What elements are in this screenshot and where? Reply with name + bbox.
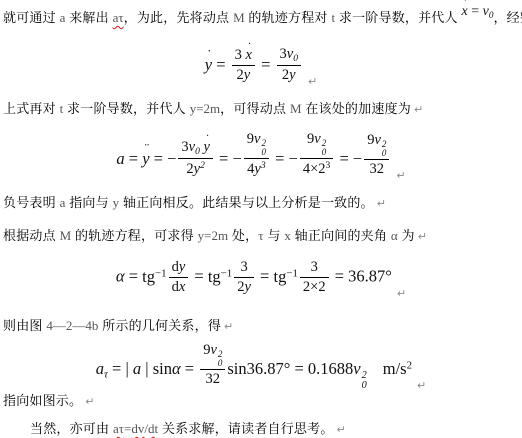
fraction-numerator: 3 x˙ bbox=[232, 47, 255, 66]
math-token: = bbox=[256, 267, 274, 286]
text-run: ，为此，先将动点 bbox=[124, 10, 233, 25]
text-run: 的轨迹方程对 bbox=[245, 10, 332, 25]
latin-run: M bbox=[290, 101, 302, 116]
math-token: d bbox=[172, 279, 179, 295]
math-token: = − bbox=[215, 149, 242, 168]
math-token: a bbox=[133, 359, 141, 378]
overdot: ˙ bbox=[463, 0, 467, 10]
sup-sub-stack: 20 bbox=[261, 139, 266, 157]
superscript: −1 bbox=[286, 267, 298, 279]
equation-ydot: y˙ = 3 x˙2y = 3v02y↵ bbox=[0, 46, 522, 88]
latin-run: aτ bbox=[113, 10, 124, 25]
fraction-denominator: 4×23 bbox=[300, 159, 333, 177]
fraction: 32×2 bbox=[300, 259, 329, 295]
superscript: 3 bbox=[326, 160, 331, 171]
math-token: y bbox=[244, 67, 250, 83]
math-token: = 36.87° bbox=[331, 267, 392, 286]
text-run: 求一阶导数，并代人 bbox=[335, 10, 461, 25]
math-token: 2 bbox=[186, 161, 193, 177]
superscript: 2 bbox=[200, 160, 205, 171]
fraction: 9v2032 bbox=[364, 132, 389, 178]
fraction-numerator: 3 bbox=[300, 259, 329, 278]
math-token: α bbox=[172, 359, 181, 378]
fraction-numerator: 9v20 bbox=[364, 132, 389, 160]
fraction-numerator: 3v0 bbox=[277, 46, 301, 66]
pilcrow-mark: ↵ bbox=[397, 287, 406, 300]
pilcrow-mark: ↵ bbox=[417, 379, 426, 392]
math-token: y¨ bbox=[142, 149, 149, 168]
math-token: = | bbox=[108, 359, 133, 378]
math-token: 3 bbox=[311, 259, 318, 275]
fraction-numerator: 3 bbox=[234, 259, 254, 278]
math-token: 4× bbox=[303, 161, 318, 177]
math-token: α bbox=[116, 267, 125, 286]
math-token: aτ bbox=[96, 359, 108, 378]
fraction: dydx bbox=[169, 259, 189, 295]
math-token: y bbox=[179, 259, 185, 275]
math-token: = bbox=[125, 149, 143, 168]
text-run: 指向与 bbox=[65, 195, 112, 210]
fraction-denominator: 2×2 bbox=[300, 278, 329, 296]
text-run: 上式再对 bbox=[3, 101, 60, 116]
paragraph-closing-remark: 当然，亦可由 aτ=dv/dt 关系求解，请读者自行思考。↵ bbox=[3, 418, 346, 437]
pilcrow-mark: ↵ bbox=[85, 395, 94, 408]
dotted-variable: y˙ bbox=[203, 139, 209, 156]
overdot: ¨ bbox=[144, 143, 149, 157]
math-token: y3 bbox=[254, 161, 265, 177]
pilcrow-mark: ↵ bbox=[377, 197, 386, 210]
math-token: 3 bbox=[181, 139, 188, 155]
text-run: 与 bbox=[264, 228, 285, 243]
math-token: = − bbox=[335, 149, 362, 168]
math-token: y bbox=[244, 279, 250, 295]
math-token: 3 bbox=[235, 47, 246, 63]
pilcrow-mark: ↵ bbox=[396, 169, 405, 182]
sup-sub-stack: 20 bbox=[382, 140, 387, 158]
latin-run: α bbox=[391, 228, 398, 243]
math-token: = − bbox=[150, 149, 177, 168]
equation-tangential-acceleration: aτ = | a | sinα = 9v2032sin36.87° = 0.16… bbox=[0, 342, 522, 392]
sup-sub-stack: 20 bbox=[322, 139, 327, 157]
sup-sub-stack: 20 bbox=[218, 350, 223, 368]
pilcrow-mark: ↵ bbox=[308, 75, 317, 88]
pilcrow-mark: ↵ bbox=[224, 320, 233, 333]
text-run: 指向如图示。 bbox=[3, 393, 82, 408]
math-token: sin36.87° = 0.1688 bbox=[227, 359, 353, 378]
latin-run: y=2m bbox=[198, 228, 228, 243]
fraction-denominator: 32 bbox=[364, 160, 389, 178]
fraction: 9v204×23 bbox=[300, 131, 333, 178]
dotted-variable: y˙ bbox=[205, 56, 212, 74]
math-token: 3 bbox=[240, 259, 247, 275]
text-run: 根据动点 bbox=[3, 228, 60, 243]
text-run: 就可通过 bbox=[3, 10, 60, 25]
text-run: ，经整理得 bbox=[493, 10, 522, 25]
math-token: y2 bbox=[194, 161, 205, 177]
text-run: 求一阶导数，并代人 bbox=[63, 101, 189, 116]
superscript: 2 bbox=[407, 360, 412, 372]
subscript: 0 bbox=[489, 10, 494, 20]
overdot: ˙ bbox=[207, 49, 212, 63]
fraction: 32y bbox=[234, 259, 254, 295]
subscript: 0 bbox=[218, 359, 223, 368]
overdot: ˙ bbox=[205, 133, 209, 145]
fraction-numerator: 9v20 bbox=[300, 131, 333, 159]
subscript: 0 bbox=[261, 148, 266, 157]
math-token: tg−1 bbox=[208, 267, 232, 286]
fraction: 9v204y3 bbox=[244, 131, 269, 178]
text-run: 则由图 bbox=[3, 318, 46, 333]
fraction-numerator: dy bbox=[169, 259, 189, 278]
subscript: 0 bbox=[322, 148, 327, 157]
text-run: 处， bbox=[228, 228, 258, 243]
latin-run: aτ bbox=[113, 421, 124, 436]
math-token: a bbox=[116, 149, 124, 168]
fraction-denominator: 4y3 bbox=[244, 159, 269, 177]
fraction-denominator: 2y bbox=[232, 66, 255, 84]
fraction-numerator: 9v20 bbox=[200, 342, 225, 370]
text-run: 的轨迹方程，可求得 bbox=[71, 228, 197, 243]
math-token: d bbox=[172, 259, 179, 275]
math-token: v0 bbox=[483, 4, 494, 19]
dotted-variable: y¨ bbox=[142, 150, 149, 168]
latin-run: dt bbox=[148, 421, 158, 436]
fraction-numerator: 3v0 y˙ bbox=[178, 139, 213, 159]
math-token: x bbox=[179, 279, 185, 295]
math-token: x˙ bbox=[462, 4, 468, 19]
text-run: 轴正向相反。此结果与以上分析是一致的。 bbox=[119, 195, 374, 210]
text-run: 在该处的加速度为 bbox=[302, 101, 411, 116]
pilcrow-mark: ↵ bbox=[337, 423, 346, 436]
math-token: 9 bbox=[247, 131, 254, 147]
fraction: 3v0 y˙2y2 bbox=[178, 139, 213, 177]
math-token: m/s2 bbox=[383, 359, 412, 378]
paragraph-direction-note: 指向如图示。↵ bbox=[3, 390, 95, 409]
math-token: 23 bbox=[318, 161, 330, 177]
math-token: = bbox=[257, 55, 275, 74]
dotted-variable: x˙ bbox=[246, 47, 252, 64]
math-token: = bbox=[212, 55, 230, 74]
math-token: x˙ bbox=[246, 47, 252, 63]
text-run: 负号表明 bbox=[3, 195, 60, 210]
math-token: = bbox=[468, 4, 483, 19]
latin-run: dv bbox=[131, 421, 144, 436]
subscript: 0 bbox=[382, 149, 387, 158]
math-token: v20 bbox=[254, 131, 266, 147]
math-token: y˙ bbox=[203, 139, 209, 155]
math-token: v0 bbox=[189, 139, 200, 155]
math-token: | sin bbox=[141, 359, 172, 378]
subscript: 0 bbox=[293, 53, 298, 64]
equation-angle: α = tg−1dydx = tg−132y = tg−132×2 = 36.8… bbox=[0, 259, 522, 300]
text-run: 所示的几何关系，得 bbox=[98, 318, 221, 333]
latin-run: M bbox=[60, 228, 72, 243]
dotted-variable: x˙ bbox=[462, 4, 468, 20]
math-token: v0 bbox=[287, 46, 298, 62]
math-token: y˙ bbox=[205, 55, 212, 74]
math-token: = − bbox=[271, 149, 298, 168]
paragraph-trajectory-angle: 根据动点 M 的轨迹方程，可求得 y=2m 处，τ 与 x 轴正向间的夹角 α … bbox=[3, 225, 427, 244]
superscript: 3 bbox=[261, 160, 266, 171]
latin-run: M bbox=[233, 10, 245, 25]
fraction-denominator: 32 bbox=[200, 370, 225, 388]
inline-equation: x˙ = v0 bbox=[462, 4, 494, 20]
math-token: 32 bbox=[206, 371, 221, 387]
math-token: y bbox=[289, 67, 295, 83]
paragraph-figure-reference: 则由图 4—2—4b 所示的几何关系，得↵ bbox=[3, 315, 233, 334]
sup-sub-stack: 20 bbox=[362, 371, 367, 391]
pilcrow-mark: ↵ bbox=[418, 230, 427, 243]
math-token: 32 bbox=[370, 161, 385, 177]
fraction-denominator: 2y bbox=[234, 278, 254, 296]
math-token: v20 bbox=[353, 359, 366, 378]
fraction-numerator: 9v20 bbox=[244, 131, 269, 159]
paragraph-derivative-intro: 就可通过 a 来解出 aτ，为此，先将动点 M 的轨迹方程对 t 求一阶导数，并… bbox=[3, 7, 522, 27]
text-run: 为 bbox=[398, 228, 415, 243]
latin-run: y=2m bbox=[190, 101, 220, 116]
text-run: 轴正向间的夹角 bbox=[291, 228, 391, 243]
fraction: 3 x˙2y bbox=[232, 47, 255, 83]
fraction-denominator: 2y2 bbox=[178, 159, 213, 177]
math-token: v20 bbox=[374, 132, 386, 148]
math-token: = bbox=[181, 359, 199, 378]
math-token: tg−1 bbox=[142, 267, 166, 286]
math-token: tg−1 bbox=[273, 267, 297, 286]
superscript: −1 bbox=[155, 267, 167, 279]
pilcrow-mark: ↵ bbox=[414, 103, 423, 116]
text-run: 当然，亦可由 bbox=[30, 421, 113, 436]
latin-run: 4—2—4b bbox=[46, 318, 98, 333]
text-run: ，可得动点 bbox=[220, 101, 290, 116]
math-token: = bbox=[125, 267, 143, 286]
math-token: 2 bbox=[236, 67, 243, 83]
paragraph-second-derivative: 上式再对 t 求一阶导数，并代人 y=2m，可得动点 M 在该处的加速度为↵ bbox=[3, 98, 423, 117]
overdot: ˙ bbox=[248, 41, 252, 53]
paragraph-negative-sign: 负号表明 a 指向与 y 轴正向相反。此结果与以上分析是一致的。↵ bbox=[3, 192, 386, 211]
fraction: 9v2032 bbox=[200, 342, 225, 388]
math-token: 3 bbox=[280, 46, 287, 62]
math-token: v20 bbox=[210, 342, 222, 358]
equation-acceleration: a = y¨ = −3v0 y˙2y2 = −9v204y3 = −9v204×… bbox=[0, 131, 522, 182]
math-token: 2×2 bbox=[303, 279, 326, 295]
subscript: 0 bbox=[362, 381, 367, 391]
math-token: = bbox=[190, 267, 208, 286]
text-run: 关系求解，请读者自行思考。 bbox=[158, 421, 333, 436]
fraction: 3v02y bbox=[277, 46, 301, 84]
text-run: 来解出 bbox=[65, 10, 112, 25]
fraction-denominator: 2y bbox=[277, 66, 301, 84]
superscript: −1 bbox=[221, 267, 233, 279]
fraction-denominator: dx bbox=[169, 278, 189, 296]
math-token: v20 bbox=[314, 131, 326, 147]
